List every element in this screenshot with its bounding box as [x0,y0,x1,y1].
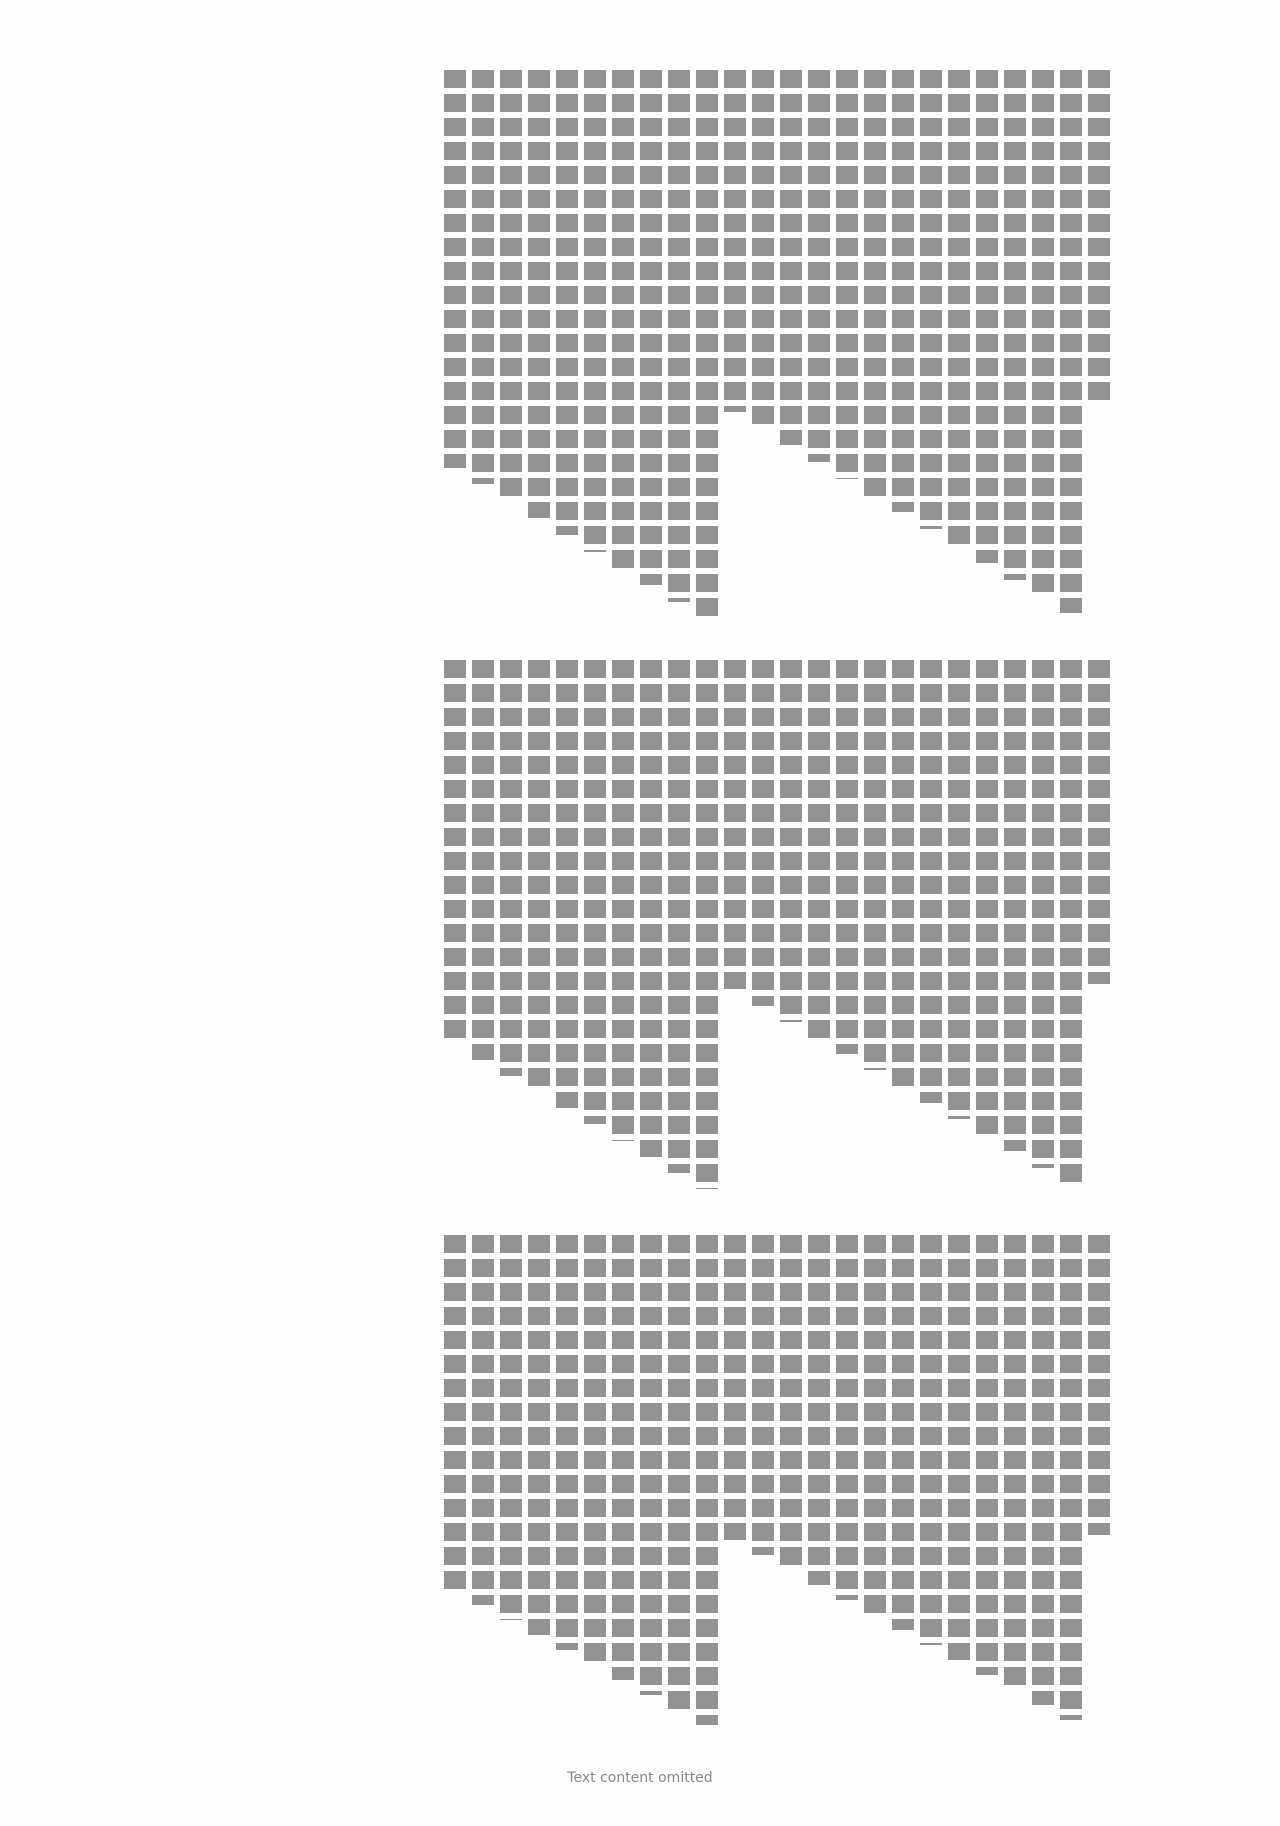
text-line-placeholder [668,70,690,602]
text-column [556,660,578,1200]
text-column [920,660,942,1200]
text-line-placeholder [500,70,522,501]
text-line-placeholder [612,660,634,1141]
text-column [696,660,718,1200]
text-column [640,70,662,630]
text-line-placeholder [780,660,802,1022]
text-line-placeholder [500,1235,522,1620]
text-column [780,70,802,630]
text-column [752,660,774,1200]
text-column [836,660,858,1200]
text-column [724,70,746,630]
text-line-placeholder [640,70,662,585]
text-line-placeholder [1004,660,1026,1151]
text-column [584,70,606,630]
text-line-placeholder [1032,660,1054,1168]
text-column [920,70,942,630]
text-column [752,1235,774,1735]
text-column [472,70,494,630]
text-line-placeholder [920,1235,942,1645]
text-column [892,660,914,1200]
text-line-placeholder [836,1235,858,1600]
text-column [1032,70,1054,630]
text-column [612,660,634,1200]
text-line-placeholder [1088,1235,1110,1535]
text-line-placeholder [920,660,942,1103]
text-line-placeholder [556,70,578,535]
text-line-placeholder [472,1235,494,1605]
text-column [836,1235,858,1735]
text-column [780,660,802,1200]
text-line-placeholder [948,660,970,1119]
text-line-placeholder [808,70,830,462]
text-line-placeholder [1088,660,1110,984]
text-line-placeholder [808,660,830,1038]
text-line-placeholder [668,660,690,1173]
text-line-placeholder [1004,70,1026,580]
content-notice: Text content omitted [0,1770,1280,1786]
text-column [780,1235,802,1735]
text-column [500,660,522,1200]
text-column [444,660,466,1200]
text-line-placeholder [864,70,886,496]
text-line-placeholder [976,70,998,563]
text-column [808,1235,830,1735]
text-line-placeholder [1060,70,1082,613]
text-column [1088,70,1110,630]
text-line-placeholder [584,70,606,552]
text-column [500,70,522,630]
text-tier-1 [150,70,1110,630]
text-column [444,70,466,630]
text-column [528,70,550,630]
text-column [808,70,830,630]
text-line-placeholder [472,660,494,1060]
text-column [528,1235,550,1735]
text-column [948,660,970,1200]
text-line-placeholder [892,1235,914,1630]
text-column [724,1235,746,1735]
text-column [976,70,998,630]
text-column [584,660,606,1200]
text-line-placeholder [1032,70,1054,596]
text-column [752,70,774,630]
text-column [528,660,550,1200]
text-line-placeholder [892,70,914,512]
text-line-placeholder [444,70,466,468]
text-column [808,660,830,1200]
text-column [1088,660,1110,1200]
text-line-placeholder [836,70,858,479]
text-line-placeholder [612,1235,634,1680]
text-line-placeholder [696,1235,718,1725]
text-column [472,1235,494,1735]
text-column [584,1235,606,1735]
text-line-placeholder [724,1235,746,1540]
text-line-placeholder [472,70,494,484]
text-line-placeholder [1004,1235,1026,1690]
text-line-placeholder [780,70,802,445]
text-column [668,70,690,630]
text-line-placeholder [920,70,942,529]
text-column [976,1235,998,1735]
text-line-placeholder [948,70,970,546]
text-column [668,1235,690,1735]
text-line-placeholder [528,1235,550,1635]
text-line-placeholder [752,70,774,428]
text-line-placeholder [752,1235,774,1555]
text-column [836,70,858,630]
text-column [1032,1235,1054,1735]
text-column [1004,660,1026,1200]
text-column [696,1235,718,1735]
text-line-placeholder [724,660,746,989]
text-tier-2 [150,660,1110,1200]
text-line-placeholder [1060,1235,1082,1720]
text-line-placeholder [892,660,914,1087]
text-line-placeholder [976,1235,998,1675]
text-line-placeholder [1032,1235,1054,1705]
text-column [612,1235,634,1735]
text-line-placeholder [640,1235,662,1695]
text-line-placeholder [696,70,718,619]
text-line-placeholder [668,1235,690,1710]
text-line-placeholder [864,1235,886,1615]
text-line-placeholder [976,660,998,1135]
text-line-placeholder [780,1235,802,1570]
text-column [864,70,886,630]
text-column [920,1235,942,1735]
text-column [1060,1235,1082,1735]
text-line-placeholder [528,660,550,1092]
text-line-placeholder [836,660,858,1054]
text-line-placeholder [584,1235,606,1665]
text-line-placeholder [724,70,746,412]
text-line-placeholder [1060,660,1082,1184]
text-line-placeholder [696,660,718,1189]
text-tier-3 [150,1235,1110,1735]
text-column [696,70,718,630]
text-column [1060,660,1082,1200]
text-line-placeholder [640,660,662,1157]
text-column [864,660,886,1200]
text-column [948,1235,970,1735]
text-line-placeholder [444,1235,466,1590]
text-column [612,70,634,630]
text-column [1004,70,1026,630]
text-line-placeholder [612,70,634,568]
text-column [724,660,746,1200]
text-column [948,70,970,630]
text-column [1004,1235,1026,1735]
text-column [1032,660,1054,1200]
text-column [892,70,914,630]
text-column [500,1235,522,1735]
text-line-placeholder [444,660,466,1043]
text-line-placeholder [556,1235,578,1650]
text-line-placeholder [808,1235,830,1585]
text-line-placeholder [948,1235,970,1660]
text-column [444,1235,466,1735]
text-column [892,1235,914,1735]
text-line-placeholder [584,660,606,1124]
text-line-placeholder [528,70,550,518]
text-line-placeholder [1088,70,1110,406]
document-page: Text content omitted [0,0,1280,1826]
text-column [1060,70,1082,630]
text-column [640,660,662,1200]
text-column [640,1235,662,1735]
text-column [556,70,578,630]
text-line-placeholder [556,660,578,1108]
text-column [864,1235,886,1735]
text-column [976,660,998,1200]
text-line-placeholder [864,660,886,1070]
text-column [472,660,494,1200]
text-column [1088,1235,1110,1735]
text-line-placeholder [752,660,774,1006]
text-column [668,660,690,1200]
text-column [556,1235,578,1735]
text-line-placeholder [500,660,522,1076]
